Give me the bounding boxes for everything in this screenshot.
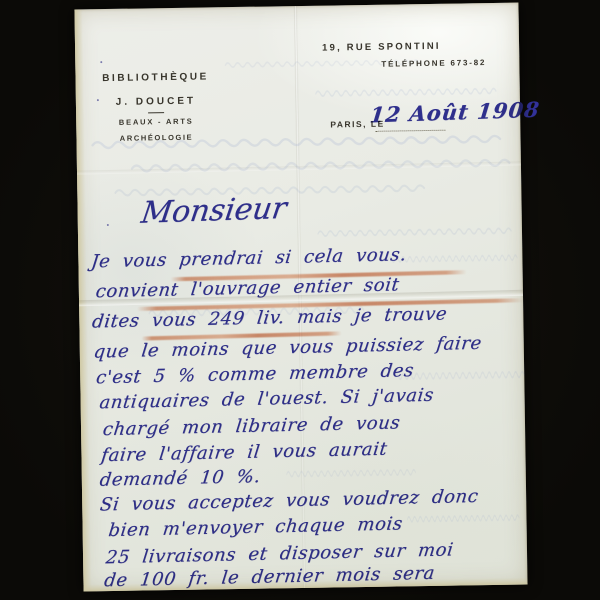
letterhead-left-block: BIBLIOTHÈQUE J. DOUCET BEAUX - ARTS ARCH… (98, 7, 212, 143)
letterhead-library-name: BIBLIOTHÈQUE (99, 71, 211, 84)
handwritten-line: Je vous prendrai si cela vous. (90, 244, 408, 272)
handwritten-line: chargé mon libraire de vous (102, 412, 402, 440)
ink-speck (107, 224, 109, 226)
letter-paper: BIBLIOTHÈQUE J. DOUCET BEAUX - ARTS ARCH… (74, 3, 527, 592)
letterhead-owner-name: J. DOUCET (100, 95, 212, 108)
photo-of-letter: { "photo": { "mount_color": "#0d0c09", "… (0, 0, 600, 600)
handwritten-date: 12 Août 1908 (369, 97, 542, 128)
letterhead-dept-beaux-arts: BEAUX - ARTS (100, 116, 212, 127)
handwritten-line: c'est 5 % comme membre des (95, 360, 415, 388)
letterhead-divider (148, 112, 164, 113)
ink-speck (97, 99, 99, 101)
handwritten-line: bien m'envoyer chaque mois (107, 513, 404, 541)
letterhead-dept-archeologie: ARCHÉOLOGIE (100, 132, 212, 143)
handwritten-line: demandé 10 %. (99, 466, 262, 491)
letterhead-telephone: TÉLÉPHONE 673-82 (381, 58, 486, 69)
letterhead-street-address: 19, RUE SPONTINI (322, 41, 441, 54)
handwritten-line: faire l'affaire il vous aurait (100, 439, 388, 467)
ink-speck (100, 61, 102, 63)
dateline-rule (375, 130, 445, 132)
salutation: Monsieur (139, 191, 289, 231)
handwritten-line: Si vous acceptez vous voudrez donc (99, 486, 480, 516)
handwritten-line: antiquaires de l'ouest. Si j'avais (98, 385, 435, 414)
